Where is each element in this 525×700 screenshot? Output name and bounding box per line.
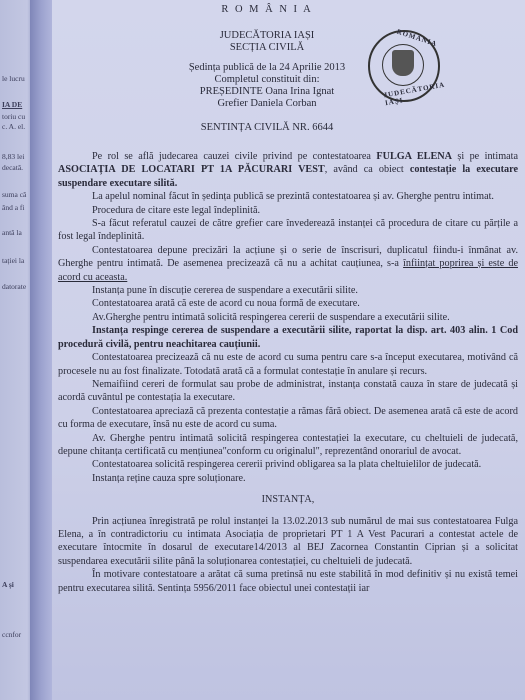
- fragment: tației la: [2, 256, 24, 265]
- fragment: le lucru: [2, 74, 25, 83]
- paragraph: Contestatoarea precizează că nu este de …: [58, 351, 518, 378]
- paragraph: Nemaifiind cereri de formulat sau probe …: [58, 378, 518, 405]
- country-heading: R O M Â N I A: [52, 4, 482, 16]
- paragraph: Contestatoarea depune precizări la acțiu…: [58, 244, 518, 284]
- paragraph: În motivare contestatoare a arătat că su…: [58, 568, 518, 595]
- fragment: c. A. el.: [2, 122, 25, 131]
- document-body: Pe rol se află judecarea cauzei civile p…: [58, 150, 518, 595]
- document-title: SENTINȚA CIVILĂ NR. 6644: [52, 122, 482, 134]
- fragment: ând a fi: [2, 203, 25, 212]
- ruling-paragraph: Instanța respinge cererea de suspendare …: [58, 324, 518, 351]
- underlying-page: le lucru IA DE toriu cu c. A. el. 8,83 l…: [0, 0, 34, 700]
- paragraph: Contestatoarea solicită respingerea cere…: [58, 458, 518, 471]
- paragraph: Pe rol se află judecarea cauzei civile p…: [58, 150, 518, 190]
- paragraph: Procedura de citare este legal îndeplini…: [58, 204, 518, 217]
- coat-of-arms-icon: [392, 50, 414, 76]
- fragment: decată.: [2, 163, 23, 172]
- paragraph: Av.Gherghe pentru intimată solicită resp…: [58, 311, 518, 324]
- paragraph: La apelul nominal făcut în ședința publi…: [58, 190, 518, 203]
- document-page: R O M Â N I A JUDECĂTORIA IAȘI SECȚIA CI…: [52, 0, 525, 700]
- fragment: datorate: [2, 282, 26, 291]
- paragraph: S-a făcut referatul cauzei de către gref…: [58, 217, 518, 244]
- paragraph: Contestatoarea apreciază că prezenta con…: [58, 405, 518, 432]
- fragment: 8,83 lei: [2, 152, 25, 161]
- fragment: suma că: [2, 190, 26, 199]
- fragment: ccnfor: [2, 630, 21, 639]
- court-stamp: ROMÂNIA JUDECĂTORIA IAȘI: [368, 30, 440, 102]
- fragment: IA DE: [2, 100, 22, 109]
- paragraph: Instanța pune în discuție cererea de sus…: [58, 284, 518, 297]
- fragment: A și: [2, 580, 14, 589]
- fragment: toriu cu: [2, 112, 25, 121]
- paragraph: Prin acțiunea înregistrată pe rolul inst…: [58, 515, 518, 569]
- paragraph: Instanța reține cauza spre soluționare.: [58, 472, 518, 485]
- section-heading: INSTANȚA,: [58, 493, 518, 506]
- fragment: antă la: [2, 228, 22, 237]
- paragraph: Contestatoarea arată că este de acord cu…: [58, 297, 518, 310]
- paragraph: Av. Gherghe pentru intimată solicită res…: [58, 432, 518, 459]
